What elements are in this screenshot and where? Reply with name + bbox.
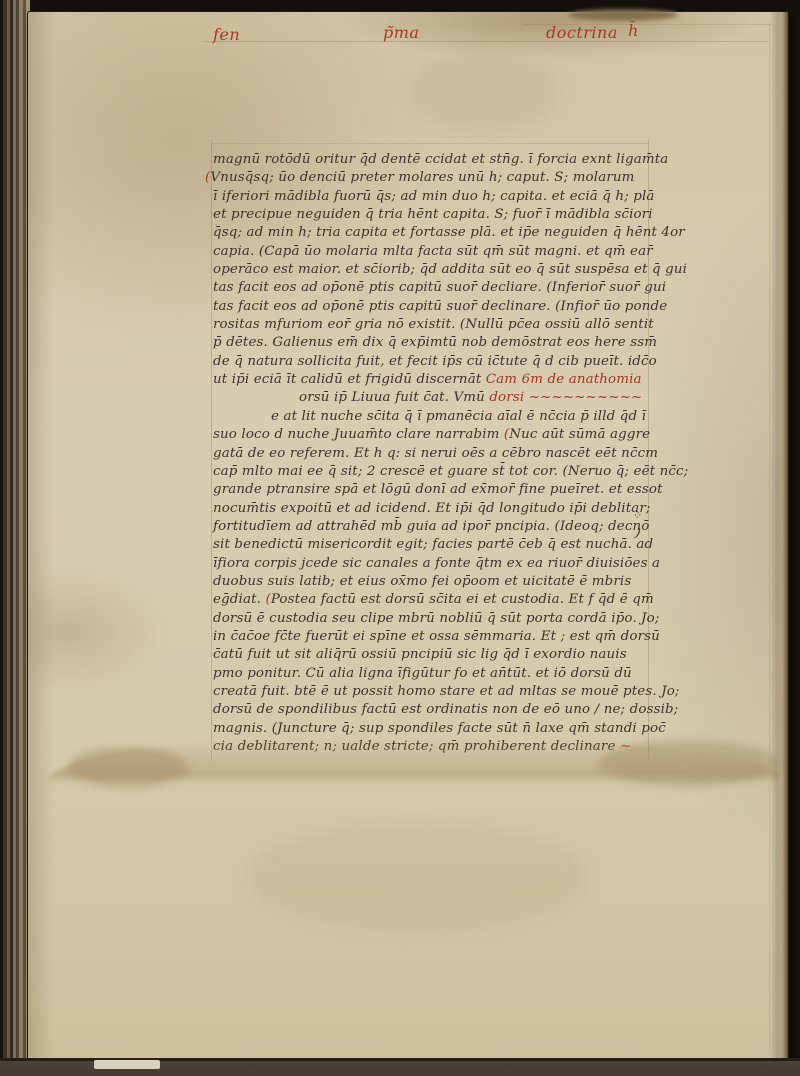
text-line: p̄ dētes. Galienus em̄ dix q̄ exp̄imtū n… xyxy=(213,334,665,352)
text-line: ut ip̄i eciā īt calidū et frigidū discer… xyxy=(213,371,665,389)
top-edge-stain xyxy=(568,9,678,21)
text-line: c̄atū fuit ut sit aliq̄rū ossiū pncipiū … xyxy=(213,646,665,664)
nota-mark-icon: ⁘ xyxy=(632,509,641,522)
stain-left xyxy=(68,747,188,787)
text-line: q̄sq; ad min h; tria capita et fortasse … xyxy=(213,224,665,242)
text-line: fortitudīem ad attrahēd mb̄ guia ad ipor… xyxy=(213,518,665,536)
text-line: de q̄ natura sollicita fuit, et fecit ip… xyxy=(213,353,665,371)
text-line: grande ptransire spā et lōgū donī ad ex̄… xyxy=(213,481,665,499)
text-line: (Vnusq̄sq; ūo denciū preter molares unū … xyxy=(205,169,665,187)
text-line: et precipue neguiden q̄ tria hēnt capita… xyxy=(213,206,665,224)
running-header-prima: p̃ma xyxy=(383,23,419,42)
text-line: rositas mfuriom eor̄ gria nō existit. (N… xyxy=(213,316,665,334)
text-line: magnū rotōdū oritur q̄d dentē ccidat et … xyxy=(213,151,665,169)
text-line: e at lit nuche sc̄ita q̄ ī pmanēcia aīal… xyxy=(271,408,665,426)
text-line: dorsū ē custodia seu clipe mbrū nobliū q… xyxy=(213,610,665,628)
text-line: pmo ponitur. Cū alia ligna īfigūtur fo e… xyxy=(213,665,665,683)
text-line: suo loco d nuche Juuam̄to clare narrabim… xyxy=(213,426,665,444)
text-line: cap̄ mlto mai ee q̄ sit; 2 crescē et gua… xyxy=(213,463,665,481)
running-header-doctrina: doctrina xyxy=(546,23,618,42)
page-curl-right-edge xyxy=(770,12,788,1060)
text-line: magnis. (Juncture q̄; sup spondiles fact… xyxy=(213,720,665,738)
text-line: orsū ip̄ Liuua fuit c̄at. Vmū dorsi ~~~~… xyxy=(299,389,665,407)
text-line: ī iferiori mādibla fuorū q̄s; ad min duo… xyxy=(213,188,665,206)
ruling-line-header xyxy=(203,41,768,42)
text-line: tas facit eos ad op̄onē ptis capitū suor… xyxy=(213,279,665,297)
text-line: capia. (Capā ūo molaria mlta facta sūt q… xyxy=(213,243,665,261)
text-line: eḡdiat. (Postea factū est dorsū sc̄ita e… xyxy=(213,591,665,609)
text-line: sit benedictū misericordit egit; facies … xyxy=(213,536,665,554)
text-line: duobus suis latib; et eius ox̄mo fei op̄… xyxy=(213,573,665,591)
ruling-line-left xyxy=(211,140,212,762)
text-block: magnū rotōdū oritur q̄d dentē ccidat et … xyxy=(213,151,665,756)
manuscript-page: fen p̃ma doctrina h̃ magnū rotōdū oritur… xyxy=(28,12,788,1060)
text-line: īfiora corpis jcede sic canales a fonte … xyxy=(213,555,665,573)
quire-mark: h̃ xyxy=(628,21,639,40)
ruling-line-textframe-top xyxy=(211,143,649,144)
protruding-page-edge xyxy=(94,1060,160,1069)
stain-right xyxy=(598,740,778,786)
text-line: operāco est maior. et sc̄iorib; q̄d addi… xyxy=(213,261,665,279)
book-gutter-page-edges xyxy=(0,0,30,1076)
text-line: nocum̄tis expoitū et ad icidend. Et ip̄i… xyxy=(213,500,665,518)
stain-top-center xyxy=(408,52,558,132)
text-line: in c̄ac̄oe fc̄te fuerūt ei spīne et ossa… xyxy=(213,628,665,646)
stain-bottom-center xyxy=(248,822,588,932)
text-line: dorsū de spondilibus factū est ordinatis… xyxy=(213,701,665,719)
text-line: tas facit eos ad op̄onē ptis capitū suor… xyxy=(213,298,665,316)
running-header-fen: fen xyxy=(213,25,240,44)
text-line: gatā de eo referem. Et h q: si nerui oēs… xyxy=(213,445,665,463)
text-line: creatā fuit. btē ē ut possit homo stare … xyxy=(213,683,665,701)
manuscript-scan: fen p̃ma doctrina h̃ magnū rotōdū oritur… xyxy=(0,0,800,1076)
